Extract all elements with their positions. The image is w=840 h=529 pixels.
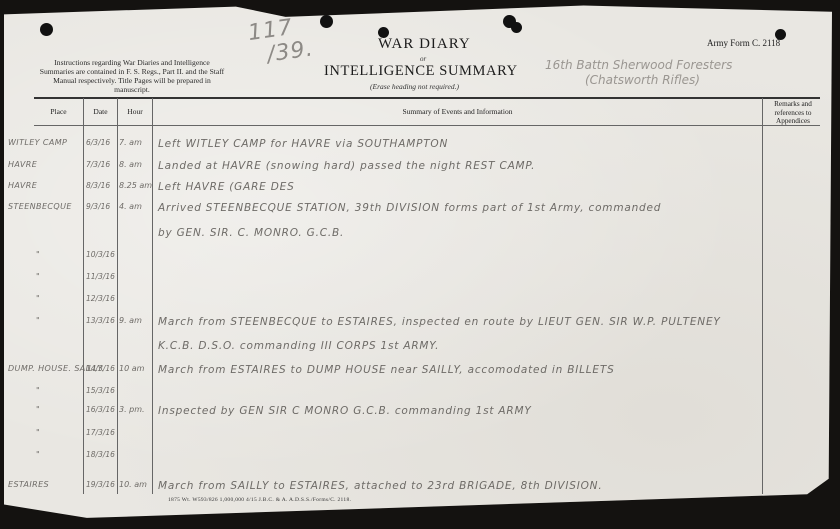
entry-date: 16/3/16: [86, 405, 115, 414]
entry-place: HAVRE: [8, 181, 37, 190]
entry-date: 9/3/16: [86, 202, 110, 211]
entry-place: ": [36, 316, 40, 325]
printer-imprint: 1875 Wt. W593/826 1,000,000 4/15 J.B.C. …: [168, 497, 351, 503]
entry-summary: Left HAVRE (GARE DES: [158, 181, 295, 193]
entry-hour: 8.25 am: [119, 181, 152, 190]
entry-date: 11/3/16: [86, 272, 115, 281]
entry-hour: 8. am: [119, 160, 142, 169]
punch-hole: [511, 22, 522, 33]
title-war-diary: WAR DIARY: [378, 36, 471, 53]
entry-summary: Left WITLEY CAMP for HAVRE via SOUTHAMPT…: [158, 138, 448, 150]
entry-hour: 10 am: [119, 364, 144, 373]
entry-date: 6/3/16: [86, 138, 110, 147]
entry-hour: 7. am: [119, 138, 142, 147]
entry-date: 7/3/16: [86, 160, 110, 169]
column-divider: [152, 98, 153, 494]
entry-summary: March from ESTAIRES to DUMP HOUSE near S…: [158, 364, 615, 376]
entry-summary: Inspected by GEN SIR C MONRO G.C.B. comm…: [158, 405, 532, 417]
entry-summary: K.C.B. D.S.O. commanding III CORPS 1st A…: [158, 340, 439, 352]
entry-date: 18/3/16: [86, 450, 115, 459]
entry-place: ": [36, 428, 40, 437]
entry-hour: 9. am: [119, 316, 142, 325]
entry-date: 13/3/16: [86, 316, 115, 325]
column-divider: [117, 98, 118, 494]
entry-place: ": [36, 250, 40, 259]
column-header-remarks: Remarks and references to Appendices: [764, 100, 822, 126]
unit-name: 16th Battn Sherwood Foresters (Chatswort…: [545, 58, 795, 88]
entry-summary: Arrived STEENBECQUE STATION, 39th DIVISI…: [158, 202, 661, 214]
entry-hour: 10. am: [119, 480, 147, 489]
column-header-place: Place: [34, 107, 83, 116]
entry-date: 19/3/16: [86, 480, 115, 489]
punch-hole: [40, 23, 53, 36]
entry-place: ": [36, 405, 40, 414]
entry-hour: 4. am: [119, 202, 142, 211]
title-intelligence-summary: INTELLIGENCE SUMMARY: [324, 63, 518, 80]
entry-place: WITLEY CAMP: [8, 138, 67, 147]
entry-date: 10/3/16: [86, 250, 115, 259]
unit-line-2: (Chatsworth Rifles): [545, 73, 795, 88]
entry-date: 12/3/16: [86, 294, 115, 303]
entry-place: HAVRE: [8, 160, 37, 169]
entry-summary: Landed at HAVRE (snowing hard) passed th…: [158, 160, 535, 172]
instructions-text: Instructions regarding War Diaries and I…: [37, 58, 227, 94]
entry-summary: March from STEENBECQUE to ESTAIRES, insp…: [158, 316, 721, 328]
entry-summary: by GEN. SIR. C. MONRO. G.C.B.: [158, 227, 344, 239]
punch-hole: [320, 15, 333, 28]
title-subtitle: (Erase heading not required.): [370, 82, 459, 91]
army-form-number: Army Form C. 2118: [707, 38, 780, 48]
column-header-date: Date: [84, 107, 117, 116]
column-header-hour: Hour: [118, 107, 152, 116]
archive-reference-number: 117 /39.: [246, 15, 294, 46]
entry-hour: 3. pm.: [119, 405, 145, 414]
column-header-summary: Summary of Events and Information: [153, 107, 762, 116]
entry-date: 8/3/16: [86, 181, 110, 190]
entry-date: 15/3/16: [86, 386, 115, 395]
entry-place: ": [36, 386, 40, 395]
column-divider: [83, 98, 84, 494]
entry-place: STEENBECQUE: [8, 202, 72, 211]
column-divider: [762, 98, 763, 494]
entry-summary: March from SAILLY to ESTAIRES, attached …: [158, 480, 602, 492]
entry-place: ESTAIRES: [8, 480, 49, 489]
unit-line-1: 16th Battn Sherwood Foresters: [545, 58, 795, 73]
entry-place: ": [36, 450, 40, 459]
entry-date: 17/3/16: [86, 428, 115, 437]
entry-place: ": [36, 272, 40, 281]
entry-date: 14/3/16: [86, 364, 115, 373]
title-or: or: [420, 55, 426, 63]
entry-place: ": [36, 294, 40, 303]
